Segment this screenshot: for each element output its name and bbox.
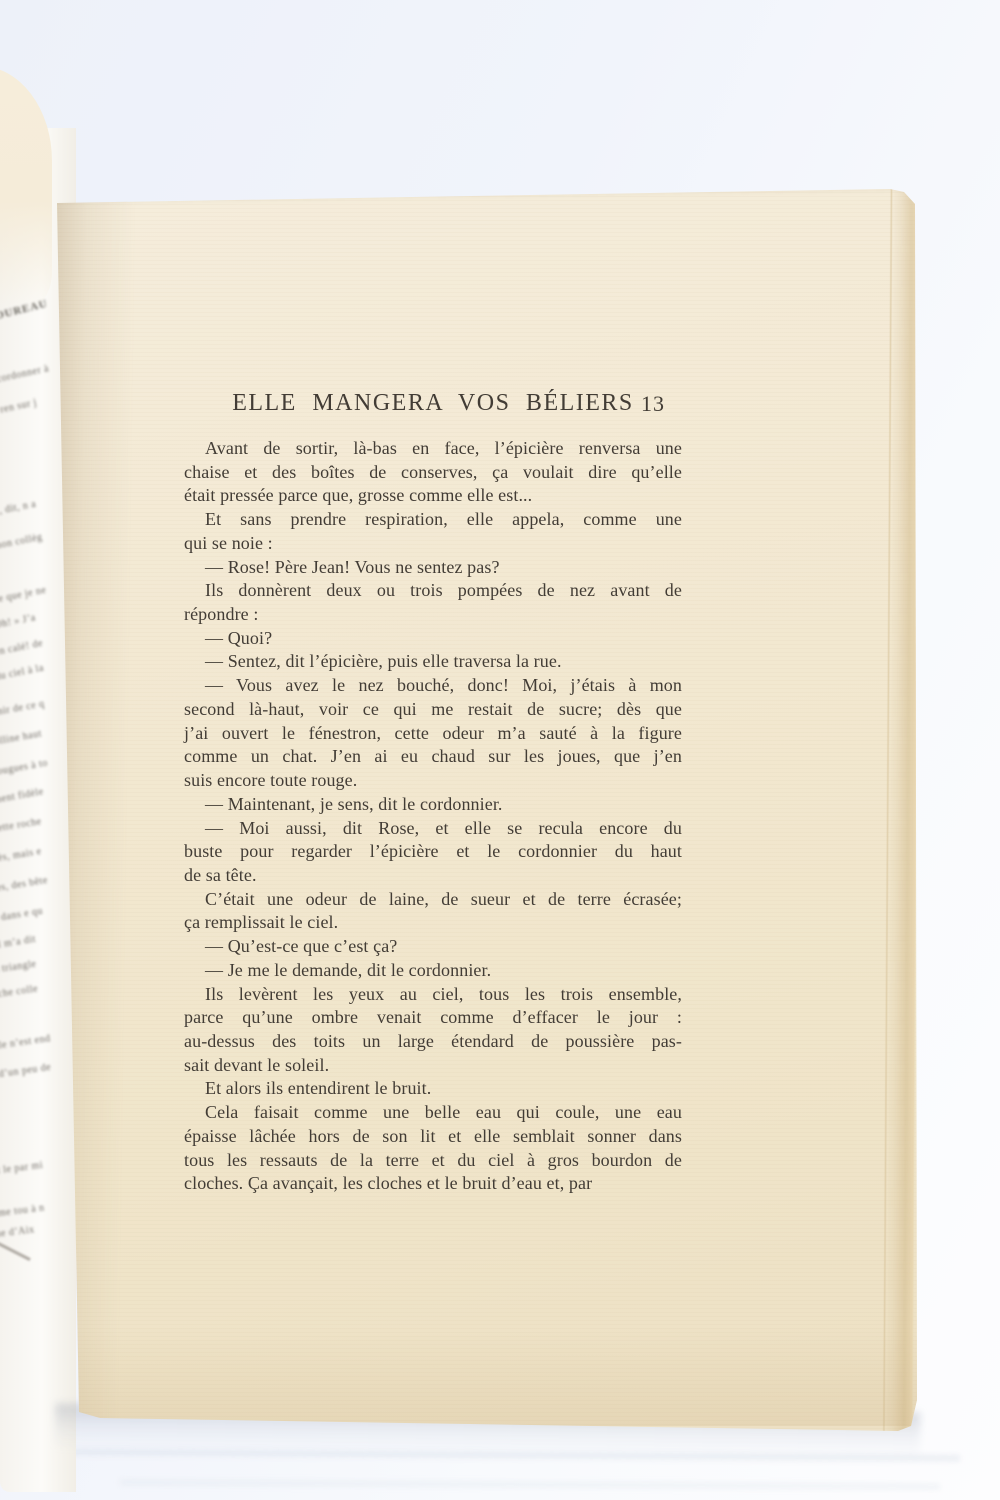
text-line: parce qu’une ombre venait comme d’efface…	[184, 1006, 682, 1030]
photo: { "book": { "running_head": { "title": "…	[0, 0, 1000, 1500]
text-line: comme un chat. J’en ai eu chaud sur les …	[184, 745, 682, 769]
text-line: — Moi aussi, dit Rose, et elle se recula…	[184, 817, 682, 841]
text-line: épaisse lâchée hors de son lit et elle s…	[184, 1125, 682, 1149]
text-line: qui se noie :	[184, 532, 682, 556]
text-line: suis encore toute rouge.	[184, 769, 682, 793]
left-page-text-fragment: les Hougues à to	[0, 759, 49, 782]
left-page-text-fragment: sommes, des bête	[0, 876, 49, 898]
text-line: cloches. Ça avançait, les cloches et le …	[184, 1172, 682, 1196]
text-line: tous les ressauts de la terre et du ciel…	[184, 1149, 682, 1173]
page-number: 13	[641, 391, 665, 417]
left-page-text-fragment: un triangle	[0, 960, 37, 977]
text-line: chaise et des boîtes de conserves, ça vo…	[184, 461, 682, 485]
left-page-text-fragment: nner d’un peu de	[0, 1063, 52, 1083]
text-line: de sa tête.	[184, 864, 682, 888]
left-page-text-fragment: exprès, mais e	[0, 847, 42, 867]
text-line: j’ai ouvert le fénestron, cette odeur m’…	[184, 722, 682, 746]
text-line: — Quoi?	[184, 627, 682, 651]
left-page-text-fragment: rm, et le par mi	[0, 1161, 44, 1179]
left-page-text-fragment: flèche colle	[0, 984, 39, 1001]
left-page-text-fragment: nne d’Aix	[0, 1225, 35, 1240]
left-page-text-fragment: chement fidèle	[0, 787, 45, 808]
left-page-text-fragment: me, et ren sur j	[0, 398, 38, 422]
text-line: — Rose! Père Jean! Vous ne sentez pas?	[184, 556, 682, 580]
running-head: ELLE MANGERA VOS BÉLIERS 13	[184, 390, 682, 420]
text-line: — Sentez, dit l’épicière, puis elle trav…	[184, 650, 682, 674]
text-line: ça remplissait le ciel.	[184, 911, 682, 935]
text-line: buste pour regarder l’épicière et le cor…	[184, 840, 682, 864]
left-page-text-fragment: r, eu cordonner à	[0, 364, 50, 390]
text-line: second là-haut, voir ce qui me restait d…	[184, 698, 682, 722]
text-line: C’était une odeur de laine, de sueur et …	[184, 888, 682, 912]
text-line: répondre :	[184, 603, 682, 627]
left-page-text-fragment: venu, mon collèg	[0, 533, 43, 558]
text-line: au-dessus des toits un large étendard de…	[184, 1030, 682, 1054]
running-head-title: ELLE MANGERA VOS BÉLIERS	[232, 390, 634, 416]
text-line: Ils levèrent les yeux au ciel, tous les …	[184, 983, 682, 1007]
text-line: — Maintenant, je sens, dit le cordonnier…	[184, 793, 682, 817]
left-page-text-fragment: « Oh! » J’a	[0, 613, 37, 632]
text-line: Cela faisait comme une belle eau qui cou…	[184, 1101, 682, 1125]
text-line: Et sans prendre respiration, elle appela…	[184, 508, 682, 532]
text-line: sait devant le soleil.	[184, 1054, 682, 1078]
left-page-text-fragment: de ce que je ne	[0, 586, 47, 609]
floor-streak	[120, 1480, 940, 1489]
text-line: Ils donnèrent deux ou trois pompées de n…	[184, 579, 682, 603]
left-page-text-fragment: hat en calé! de	[0, 639, 44, 661]
text-line: — Qu’est-ce que c’est ça?	[184, 935, 682, 959]
left-page-text-fragment: us cette roche	[0, 817, 42, 837]
left-page-text-fragment: t, comme tou à n	[0, 1203, 45, 1222]
left-page-text-fragment: perds dans e qu	[0, 907, 44, 928]
text-line: Et alors ils entendirent le bruit.	[184, 1077, 682, 1101]
left-page-text-fragment: reds, elle n’est end	[0, 1034, 51, 1056]
text-line: Avant de sortir, là-bas en face, l’épici…	[184, 437, 682, 461]
page-text: Avant de sortir, là-bas en face, l’épici…	[184, 437, 682, 1196]
left-page-text-fragment: jeux, dit, n a	[0, 500, 37, 521]
text-line: était pressée parce que, grosse comme el…	[184, 484, 682, 508]
book-page: ELLE MANGERA VOS BÉLIERS 13 Avant de sor…	[0, 0, 1000, 1500]
text-line: — Vous avez le nez bouché, donc! Moi, j’…	[184, 674, 682, 698]
page-bottom-shade	[58, 1326, 918, 1426]
text-line: — Je me le demande, dit le cordonnier.	[184, 959, 682, 983]
left-page-text-fragment: en colline haut	[0, 729, 43, 750]
left-page-text-fragment: que du ciel à la	[0, 664, 45, 687]
left-page-text-fragment: Il m’a dit	[0, 935, 37, 951]
left-page-text-fragment: dormir de ce q	[0, 699, 45, 720]
